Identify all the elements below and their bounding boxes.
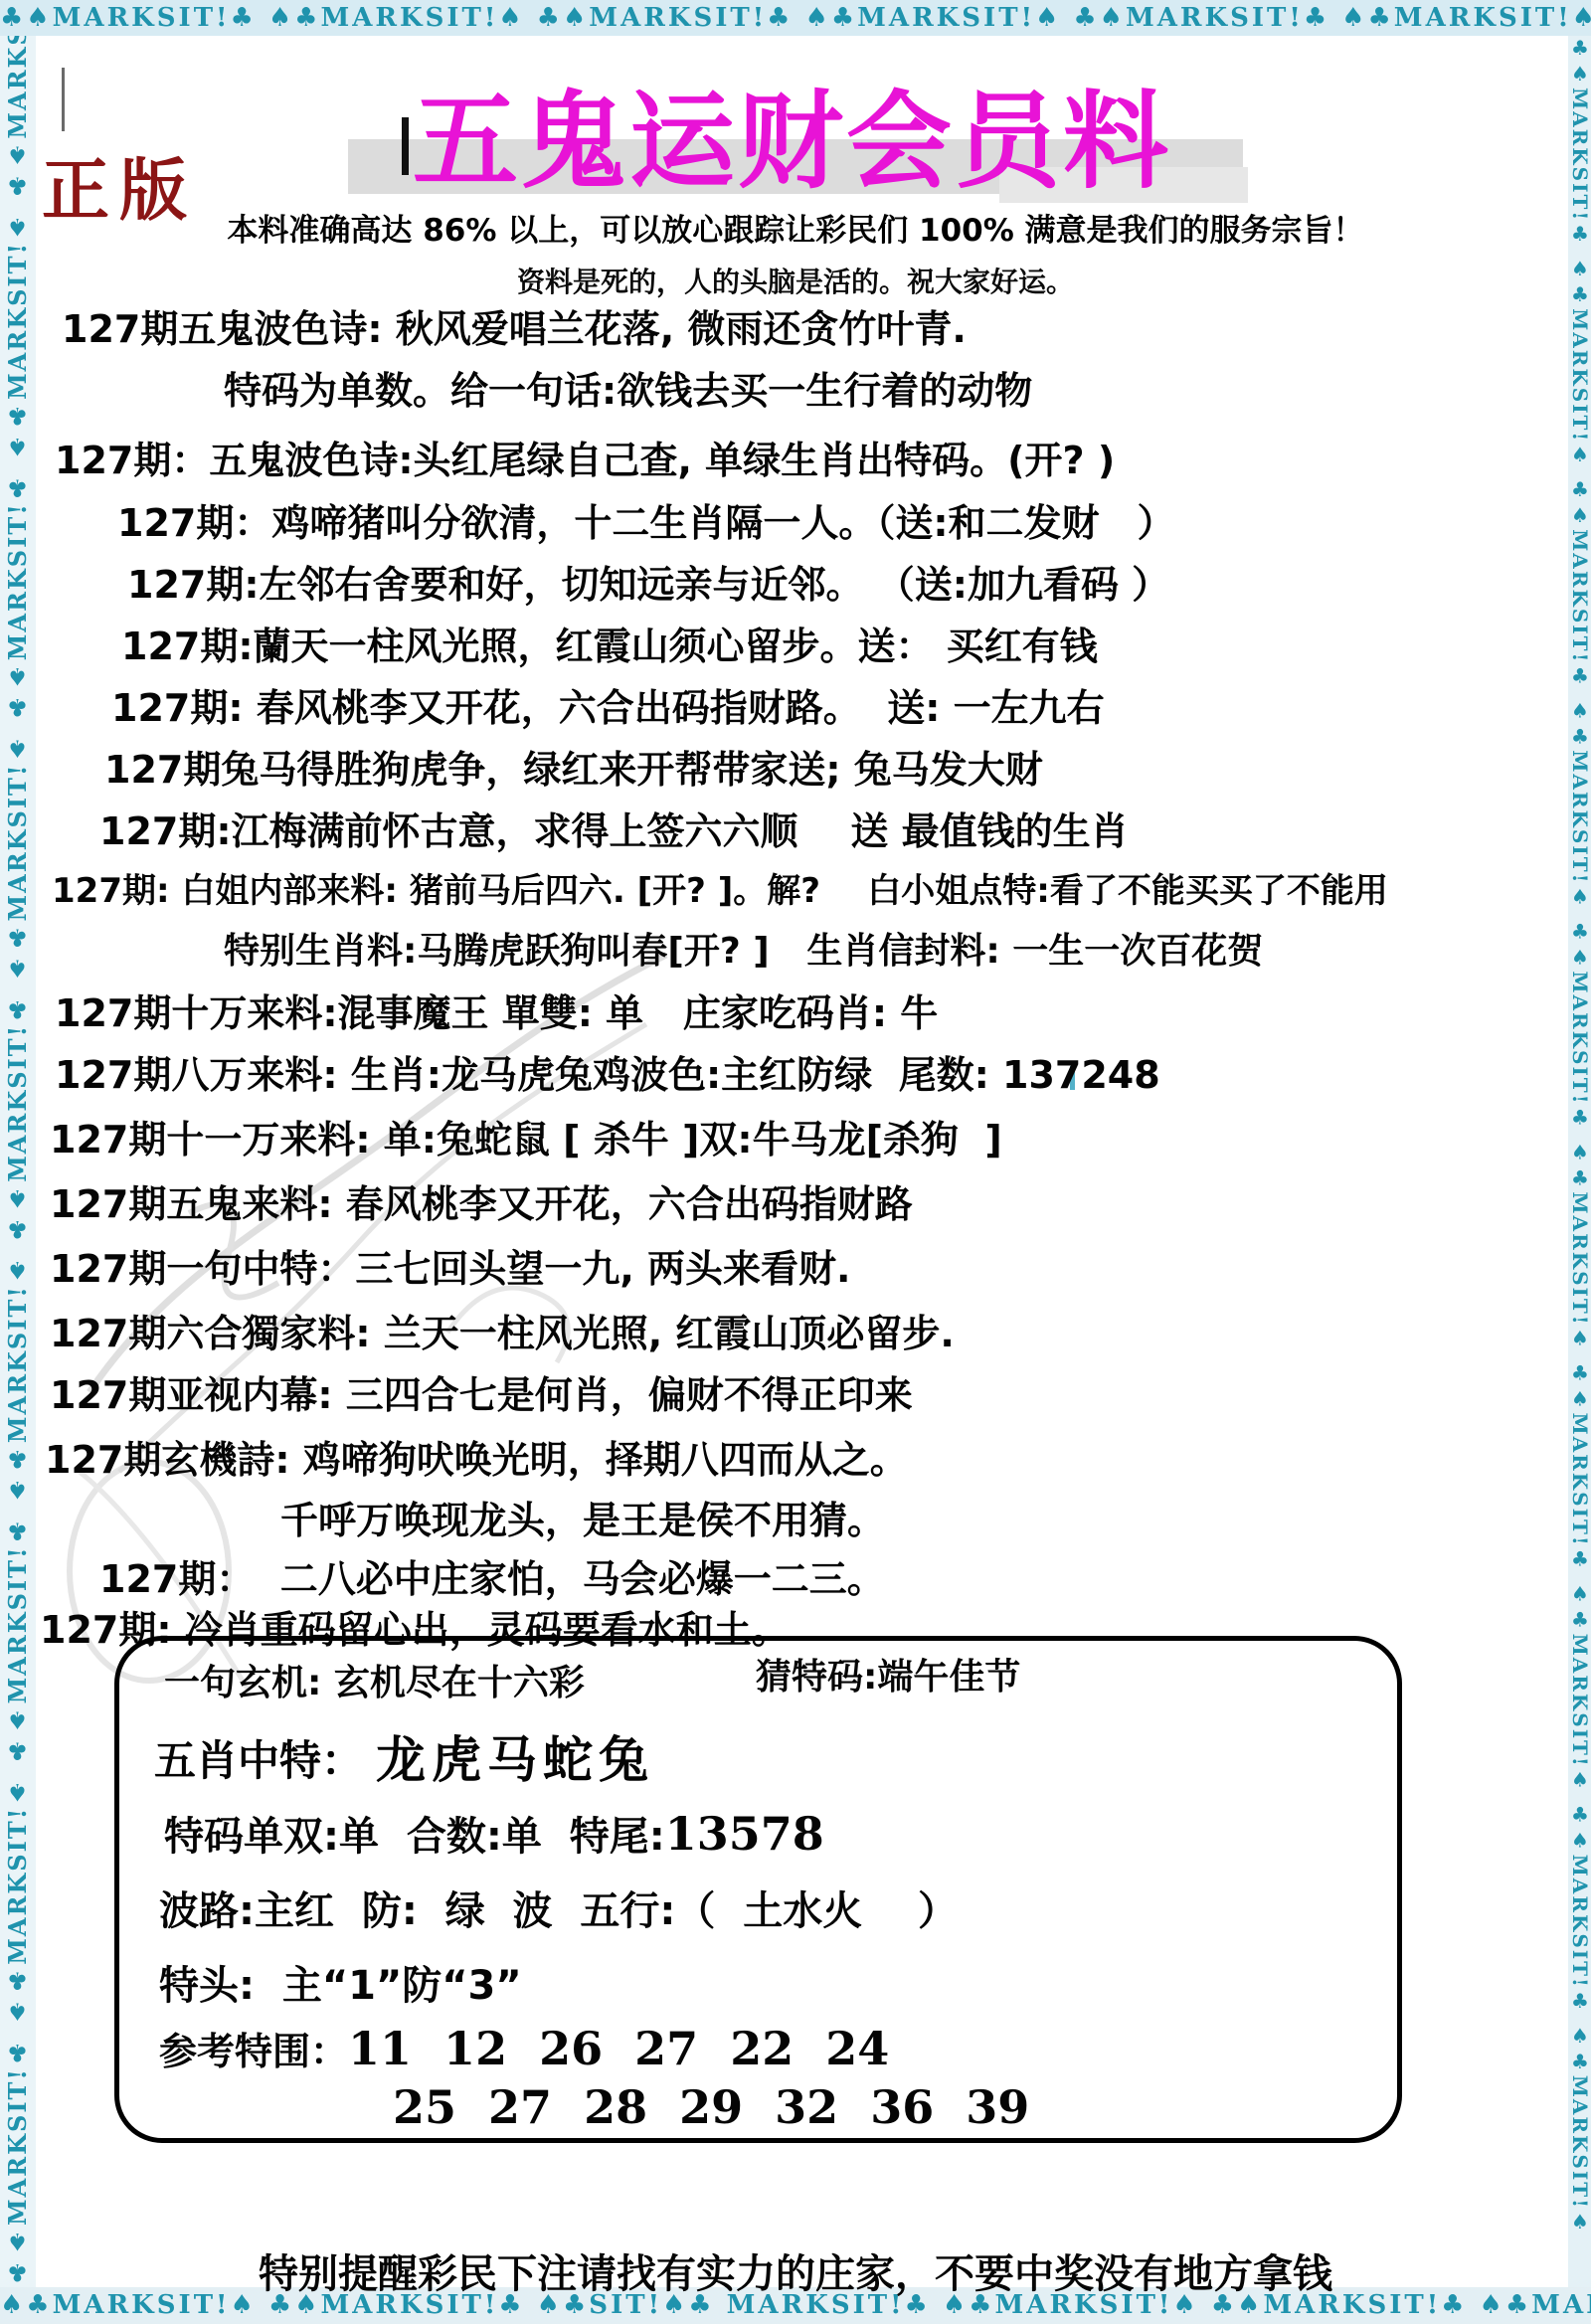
border-top-marksit-pattern: ♣♠MARKSIT!♣ ♠♣MARKSIT!♠ ♣♠MARKSIT!♣ ♠♣MA… <box>0 0 1591 36</box>
edition-label: 正版 <box>42 137 197 234</box>
wave-line: 波路:主红 防: 绿 波 五行:（ 土水火 ） <box>159 1879 958 1936</box>
special-code-guess: 猜特码:端午佳节 <box>756 1649 1020 1699</box>
five-zodiac-value: 龙虎马蛇兔 <box>376 1720 654 1792</box>
motto-line: 资料是死的，人的头脑是活的。祝大家好运。 <box>0 261 1591 300</box>
parity-line: 特码单双:单 合数:单 特尾:13578 <box>164 1805 824 1862</box>
tip-line: 千呼万唤现龙头，是王是侯不用猜。 <box>280 1490 885 1544</box>
scan-mark-line <box>62 68 65 131</box>
tip-line: 127期亚视内幕: 三四合七是何肖，偏财不得正印来 <box>50 1364 913 1419</box>
tip-line: 127期:江梅满前怀古意，求得上签六六顺 送 最值钱的生肖 <box>99 801 1129 855</box>
footer-reminder: 特别提醒彩民下注请找有实力的庄家，不要中奖没有地方拿钱 <box>0 2242 1591 2299</box>
tip-line: 特码为单数。给一句话:欲钱去买一生行着的动物 <box>224 360 1032 415</box>
range-line: 参考特围：11 12 26 27 22 24 <box>159 2021 889 2075</box>
tip-line: 127期: 春风桃李又开花，六合出码指财路。 送: 一左九右 <box>111 677 1105 732</box>
range-label: 参考特围： <box>159 2030 348 2073</box>
tip-line: 127期十一万来料: 单:兔蛇鼠 [ 杀牛 ]双:牛马龙[杀狗 ] <box>50 1109 1002 1163</box>
tail-numbers: 13578 <box>665 1807 824 1861</box>
head-line: 特头: 主“1”防“3” <box>159 1954 522 2011</box>
accuracy-subtitle: 本料准确高达 86% 以上，可以放心跟踪让彩民们 100% 满意是我们的服务宗旨… <box>0 205 1591 250</box>
tip-line: 127期六合獨家料: 兰天一柱风光照, 红霞山顶必留步. <box>50 1303 955 1357</box>
tip-line: 127期五鬼来料: 春风桃李又开花，六合出码指财路 <box>50 1173 913 1228</box>
tip-line: 特别生肖料:马腾虎跃狗叫春[开? ] 生肖信封料: 一生一次百花贺 <box>224 923 1263 974</box>
page-title: 五鬼运财会员料 <box>413 58 1171 209</box>
prediction-summary-box: 一句玄机: 玄机尽在十六彩 猜特码:端午佳节 五肖中特： 龙虎马蛇兔 特码单双:… <box>114 1636 1402 2143</box>
tip-line: 127期兔马得胜狗虎争，绿红来开帮带家送; 兔马发大财 <box>104 739 1043 794</box>
mystery-hint: 一句玄机: 玄机尽在十六彩 <box>164 1655 585 1705</box>
tip-line: 127期： 二八必中庄家怕，马会必爆一二三。 <box>99 1548 885 1603</box>
tip-line: 127期: 白姐内部来料: 猪前马后四六. [开? ]。解? 白小姐点特:看了不… <box>52 863 1388 912</box>
tip-line: 127期:左邻右舍要和好，切知远亲与近邻。 （送:加九看码 ） <box>127 554 1169 609</box>
title-divider-bar <box>402 117 409 175</box>
range-row-2: 25 27 28 29 32 36 39 <box>393 2080 1029 2134</box>
border-right-marksit-pattern: ♣♠MARKSIT!♣ ♠♣MARKSIT!♠ ♣♠MARKSIT!♣ ♠♣MA… <box>1568 36 1591 2287</box>
tip-line: 127期一句中特：三七回头望一九, 两头来看财. <box>50 1238 850 1293</box>
five-zodiac-label: 五肖中特： <box>154 1728 363 1788</box>
tip-line: 127期五鬼波色诗: 秋风爱唱兰花落, 微雨还贪竹叶青. <box>62 298 967 353</box>
parity-label: 特码单双:单 合数:单 特尾: <box>164 1814 665 1860</box>
tip-line: 127期：五鬼波色诗:头红尾绿自己查, 单绿生肖出特码。(开? ) <box>55 430 1115 484</box>
range-row-1: 11 12 26 27 22 24 <box>348 2022 889 2075</box>
tip-line: 127期玄機詩: 鸡啼狗吠唤光明，择期八四而从之。 <box>45 1429 908 1484</box>
tip-line: 127期十万来料:混事魔王 單雙: 单 庄家吃码肖: 牛 <box>55 983 938 1037</box>
tip-line: 127期:蘭天一柱风光照，红霞山须心留步。送： 买红有钱 <box>121 616 1098 670</box>
scanned-lottery-sheet: ♣♠MARKSIT!♣ ♠♣MARKSIT!♠ ♣♠MARKSIT!♣ ♠♣MA… <box>0 0 1591 2324</box>
tip-line: 127期八万来料: 生肖:龙马虎兔鸡波色:主红防绿 尾数: 137248 <box>55 1044 1160 1099</box>
tip-line: 127期：鸡啼猪叫分欲清，十二生肖隔一人。（送:和二发财 ） <box>117 492 1175 547</box>
